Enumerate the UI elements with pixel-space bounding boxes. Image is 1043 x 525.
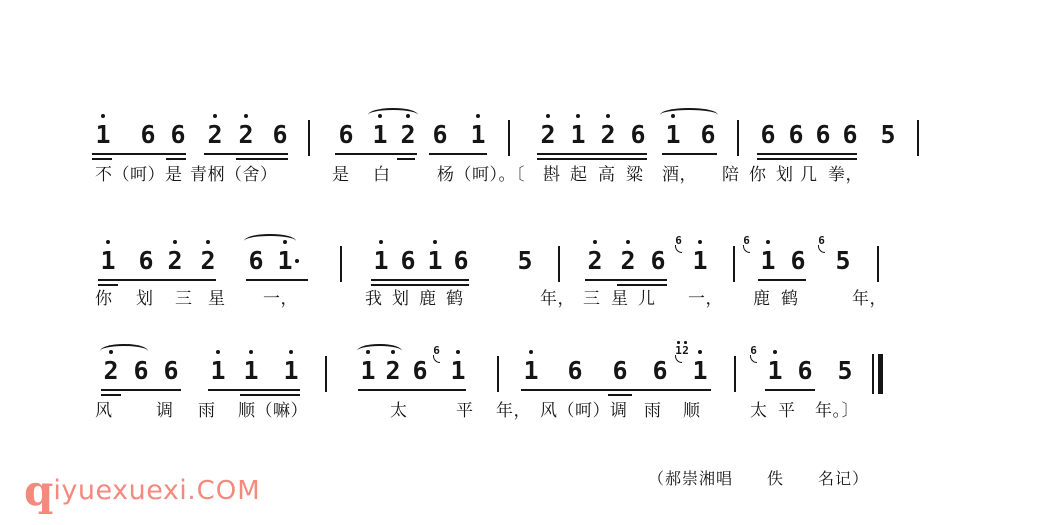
note-digit: 5 [837,356,852,385]
lyric-token: 划 [136,288,154,310]
jianpu-note: 1 [470,122,486,148]
lyric-token: 划 [392,288,410,310]
note-digit: 1 [210,356,225,385]
grace-octave-dot [684,341,687,344]
jianpu-note: 6 [140,122,156,148]
jianpu-note: 16 [760,248,776,274]
jianpu-note: 1 [277,248,293,274]
lyric-token: 酒， [662,164,697,186]
note-digit: 6 [248,246,263,275]
lyric-token: 年， [852,288,887,310]
lyric-token: 是 [332,164,350,186]
beam-line-1 [335,153,417,155]
jianpu-note: 1 [210,358,226,384]
beam-line-2 [757,158,857,160]
note-digit: 5 [517,246,532,275]
lyric-token: 几 [800,164,818,186]
note-digit: 2 [167,246,182,275]
note-digit: 2 [587,246,602,275]
lyric-token: 雨 [644,400,662,422]
jianpu-note: 2 [620,248,636,274]
jianpu-note: 6 [700,122,716,148]
lyric-token: 你 [95,288,113,310]
augmentation-dot [295,259,299,263]
beam-line-1 [371,279,469,281]
jianpu-note: 6 [133,358,149,384]
beam-line-1 [521,389,711,391]
note-digit: 1 [570,120,585,149]
note-digit: 6 [567,356,582,385]
beam-line-1 [757,153,857,155]
note-digit: 6 [760,120,775,149]
lyric-token: 风 [95,400,113,422]
octave-dot [626,240,630,244]
lyric-token: 平 [456,400,474,422]
lyric-token: 星 [611,288,629,310]
jianpu-note: 2 [103,358,119,384]
note-digit: 1 [373,246,388,275]
grace-digit: 2 [682,345,689,356]
octave-dot [289,350,293,354]
score-page: 1662266126121261666665不（呵）是青㭎（舍）是白杨（呵）。〔… [0,0,1043,525]
jianpu-note: 6 [272,122,288,148]
lyric-token: 高 [598,164,616,186]
note-digit: 6 [133,356,148,385]
beam-line-1 [765,389,815,391]
lyric-token: 我 [365,288,383,310]
note-digit: 6 [815,120,830,149]
jianpu-note: 6 [815,122,831,148]
jianpu-note: 6 [432,122,448,148]
jianpu-note: 2 [207,122,223,148]
lyric-token: 顺 [683,400,701,422]
jianpu-note: 5 [837,358,853,384]
barline [325,356,327,392]
beam-line-2 [371,284,469,286]
lyric-token: 起 [570,164,588,186]
grace-note: 6 [743,235,750,246]
lyric-token: 鹿 [753,288,771,310]
note-digit: 6 [700,120,715,149]
beam-line-1 [92,153,186,155]
jianpu-note: 2 [238,122,254,148]
grace-note: 6 [433,345,440,356]
beam-line-2 [537,158,647,160]
beam-line-1 [246,279,308,281]
lyric-token: 年， [540,288,575,310]
grace-tail [743,245,750,253]
jianpu-note: 1 [427,248,443,274]
grace-octave-dot [677,341,680,344]
grace-tail [818,245,825,253]
barline [733,246,735,282]
lyric-token: 青㭎（舍） [190,164,278,186]
octave-dot [766,240,770,244]
jianpu-note: 2 [540,122,556,148]
jianpu-note: 2 [600,122,616,148]
barline [558,246,560,282]
note-digit: 6 [432,120,447,149]
octave-dot [106,240,110,244]
jianpu-note: 6 [630,122,646,148]
note-digit: 6 [453,246,468,275]
beam-line-1 [358,389,466,391]
lyric-token: 鹤 [446,288,464,310]
jianpu-note: 6 [248,248,264,274]
note-digit: 2 [207,120,222,149]
octave-dot [456,350,460,354]
barline [737,120,739,156]
lyric-token: 太 [750,400,768,422]
octave-dot [216,350,220,354]
note-digit: 6 [790,246,805,275]
jianpu-note: 1 [95,122,111,148]
note-digit: 6 [170,120,185,149]
jianpu-note: 6 [652,358,668,384]
beam-line-2 [101,394,121,396]
octave-dot [671,114,675,118]
note-digit: 1 [692,246,707,275]
lyric-token: 平 [778,400,796,422]
octave-dot [606,114,610,118]
note-digit: 6 [412,356,427,385]
barline [917,120,919,156]
note-digit: 6 [652,356,667,385]
jianpu-note: 1 [523,358,539,384]
octave-dot [406,114,410,118]
jianpu-note: 1 [360,358,376,384]
note-digit: 6 [612,356,627,385]
jianpu-note: 2 [200,248,216,274]
note-digit: 6 [140,120,155,149]
watermark-tld: .COM [187,476,260,506]
note-digit: 1 [767,356,782,385]
jianpu-note: 2 [587,248,603,274]
jianpu-note: 5 [517,248,533,274]
jianpu-note: 16 [767,358,783,384]
beam-line-2 [98,284,118,286]
jianpu-note: 1 [570,122,586,148]
lyric-token: 划 [776,164,794,186]
octave-dot [101,114,105,118]
jianpu-note: 6 [567,358,583,384]
note-digit: 2 [540,120,555,149]
note-digit: 1 [760,246,775,275]
lyric-token: 三 [583,288,601,310]
beam-line-2 [166,158,186,160]
octave-dot [433,240,437,244]
lyric-token: 调 [156,400,174,422]
note-digit: 6 [400,246,415,275]
note-digit: 1 [692,356,707,385]
beam-line-1 [585,279,667,281]
octave-dot [378,114,382,118]
octave-dot [698,240,702,244]
octave-dot [173,240,177,244]
note-digit: 1 [523,356,538,385]
beam-line-1 [208,389,300,391]
note-digit: 1 [372,120,387,149]
note-digit: 2 [400,120,415,149]
grace-note: 6 [818,235,825,246]
jianpu-note: 6 [412,358,428,384]
lyric-token: 你 [749,164,767,186]
lyric-token: 粱 [626,164,644,186]
note-digit: 6 [788,120,803,149]
beam-line-2 [236,158,288,160]
note-digit: 5 [835,246,850,275]
jianpu-note: 5 [880,122,896,148]
grace-tail [675,355,682,363]
note-digit: 6 [630,120,645,149]
grace-note: 6 [750,345,757,356]
lyric-token: 三 [175,288,193,310]
lyric-token: 斟 [543,164,561,186]
final-barline-thin [872,354,874,394]
jianpu-note: 6 [453,248,469,274]
beam-line-1 [204,153,288,155]
beam-line-2 [608,394,632,396]
octave-dot [698,350,702,354]
grace-tail [675,245,682,253]
note-digit: 1 [100,246,115,275]
jianpu-note: 1 [283,358,299,384]
lyric-token: 一， [688,288,723,310]
lyric-token: 星 [208,288,226,310]
credit-line: （郝崇湘唱 佚 名记） [648,466,869,489]
note-digit: 6 [338,120,353,149]
jianpu-note: 1 [665,122,681,148]
lyric-token: 陪 [722,164,740,186]
jianpu-note: 1 [372,122,388,148]
lyric-token: 年， [496,400,531,422]
jianpu-note: 6 [788,122,804,148]
note-digit: 1 [95,120,110,149]
octave-dot [546,114,550,118]
note-digit: 1 [470,120,485,149]
jianpu-note: 6 [842,122,858,148]
barline [877,246,879,282]
jianpu-note: 6 [170,122,186,148]
lyric-token: 白 [373,164,391,186]
note-digit: 6 [797,356,812,385]
lyric-token: 一， [263,288,298,310]
note-digit: 6 [163,356,178,385]
octave-dot [109,350,113,354]
beam-line-1 [429,153,487,155]
jianpu-note: 6 [650,248,666,274]
lyric-token: 鹿 [419,288,437,310]
beam-line-1 [101,389,181,391]
lyric-token: 太 [390,400,408,422]
jianpu-note: 6 [612,358,628,384]
octave-dot [576,114,580,118]
grace-note: 12 [675,345,689,356]
jianpu-note: 16 [692,248,708,274]
lyric-token: 不（呵）是 [95,164,183,186]
beam-line-2 [240,394,300,396]
lyric-token: 拳， [828,164,863,186]
beam-line-1 [758,279,806,281]
octave-dot [379,240,383,244]
barline [308,120,310,156]
note-digit: 2 [200,246,215,275]
jianpu-note: 6 [338,122,354,148]
lyric-token: 顺（嘛） [238,400,308,422]
note-digit: 6 [272,120,287,149]
jianpu-note: 2 [385,358,401,384]
beam-line-1 [662,153,717,155]
grace-tail [750,355,757,363]
note-digit: 2 [620,246,635,275]
octave-dot [366,350,370,354]
jianpu-note: 6 [797,358,813,384]
watermark-lead: q [24,466,53,515]
final-barline-thick [878,354,883,394]
jianpu-note: 2 [400,122,416,148]
octave-dot [283,240,287,244]
beam-line-2 [617,284,667,286]
jianpu-note: 1 [373,248,389,274]
jianpu-note: 6 [400,248,416,274]
octave-dot [593,240,597,244]
barline [497,356,499,392]
lyric-token: 鹤 [781,288,799,310]
jianpu-note: 112 [692,358,708,384]
jianpu-note: 6 [163,358,179,384]
note-digit: 6 [138,246,153,275]
jianpu-note: 2 [167,248,183,274]
lyric-token: 年。〕 [815,400,859,422]
jianpu-note: 1 [100,248,116,274]
note-digit: 2 [238,120,253,149]
jianpu-note: 16 [450,358,466,384]
note-digit: 6 [650,246,665,275]
beam-line-1 [537,153,647,155]
grace-note: 6 [675,235,682,246]
octave-dot [206,240,210,244]
jianpu-note: 6 [138,248,154,274]
beam-line-1 [98,279,216,281]
jianpu-note: 56 [835,248,851,274]
jianpu-note: 6 [790,248,806,274]
octave-dot [476,114,480,118]
note-digit: 2 [600,120,615,149]
note-digit: 1 [283,356,298,385]
barline [508,120,510,156]
note-digit: 6 [842,120,857,149]
octave-dot [773,350,777,354]
jianpu-note: 1 [243,358,259,384]
lyric-token: 风（呵）调 [540,400,628,422]
note-digit: 2 [103,356,118,385]
note-digit: 2 [385,356,400,385]
note-digit: 1 [665,120,680,149]
note-digit: 1 [427,246,442,275]
watermark-body: iyuexuexi [53,475,187,506]
note-digit: 1 [360,356,375,385]
lyric-token: 雨 [198,400,216,422]
jianpu-note: 6 [760,122,776,148]
beam-line-2 [92,158,112,160]
lyric-token: 杨（呵）。〔 [437,164,525,186]
lyric-token: 儿 [638,288,656,310]
barline [340,246,342,282]
octave-dot [529,350,533,354]
score-systems: 1662266126121261666665不（呵）是青㭎（舍）是白杨（呵）。〔… [0,0,1043,525]
note-digit: 1 [243,356,258,385]
octave-dot [213,114,217,118]
octave-dot [249,350,253,354]
watermark: qiyuexuexi.COM [24,470,261,512]
note-digit: 5 [880,120,895,149]
note-digit: 1 [277,246,292,275]
beam-line-2 [397,158,415,160]
octave-dot [244,114,248,118]
barline [734,356,736,392]
octave-dot [391,350,395,354]
grace-tail [433,355,440,363]
note-digit: 1 [450,356,465,385]
